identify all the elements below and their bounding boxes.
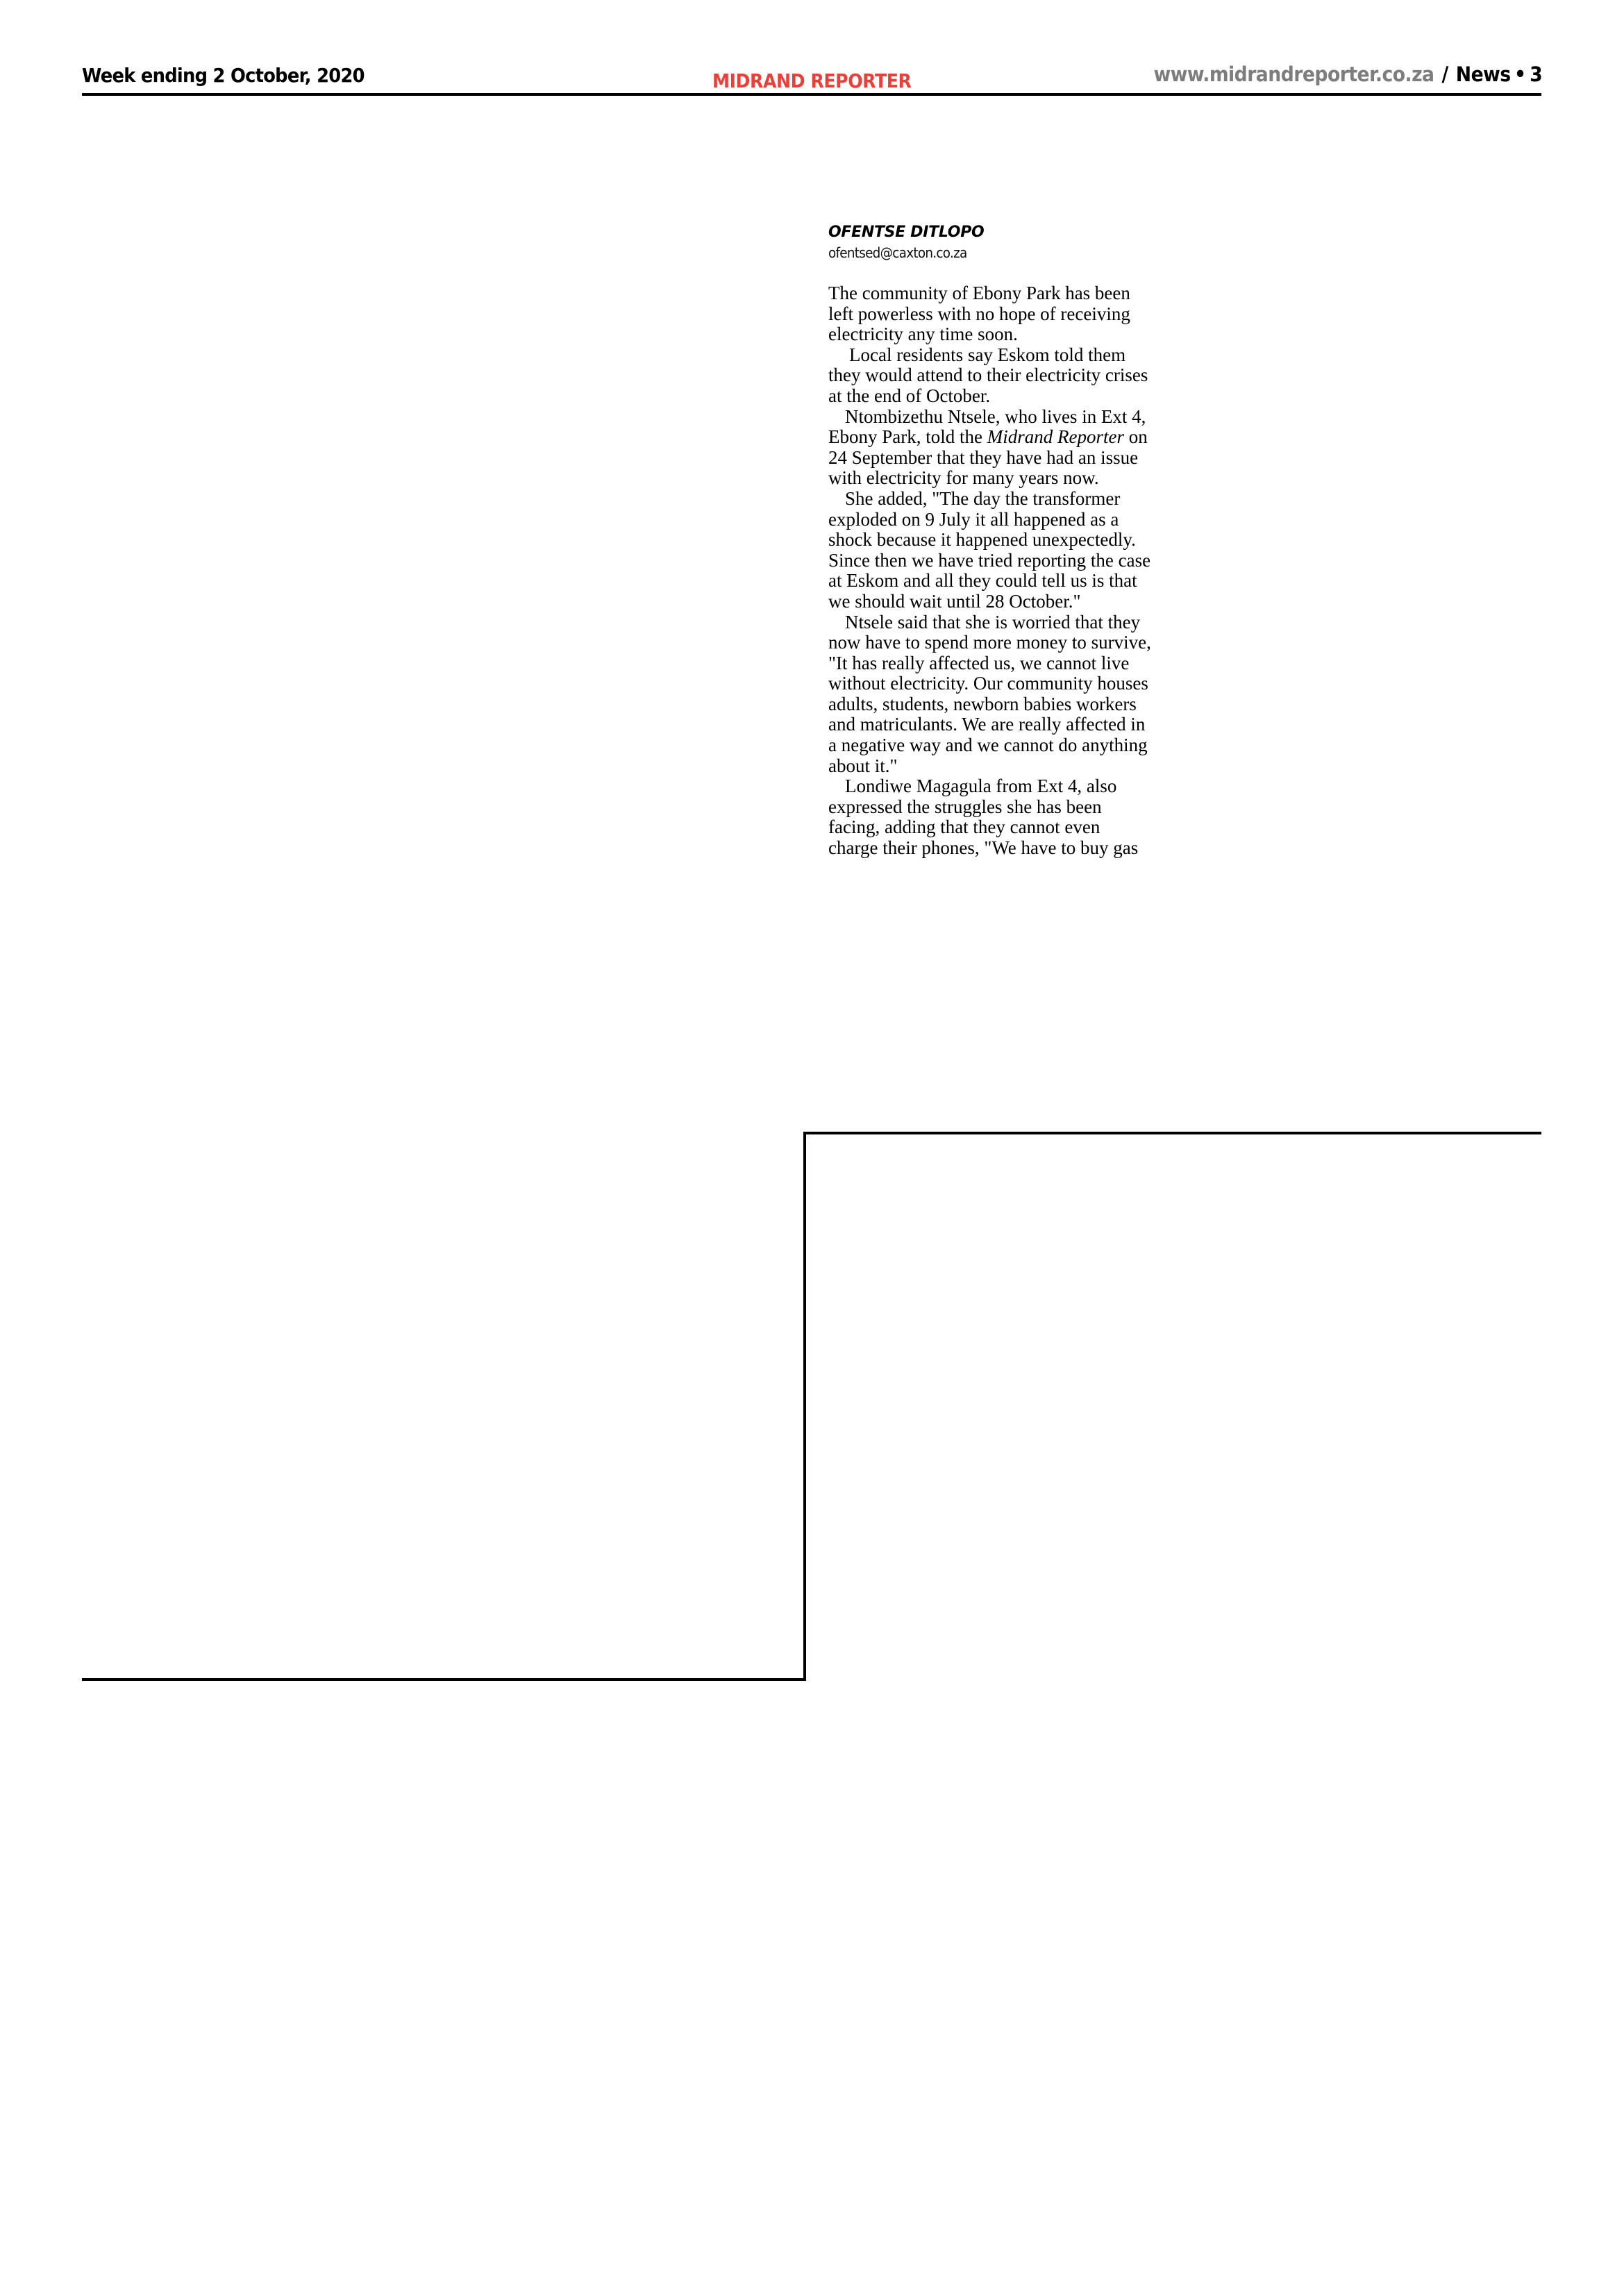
article-line: 24 September that they have had an issue bbox=[828, 448, 1189, 469]
article-line: Ntsele said that she is worried that the… bbox=[828, 612, 1189, 633]
article-line: now have to spend more money to survive, bbox=[828, 632, 1189, 653]
article-line: with electricity for many years now. bbox=[828, 468, 1189, 489]
article-line: adults, students, newborn babies workers bbox=[828, 694, 1189, 715]
article-line: Ntombizethu Ntsele, who lives in Ext 4, bbox=[828, 407, 1189, 428]
article-line: shock because it happened unexpectedly. bbox=[828, 530, 1189, 551]
publication-name: Midrand Reporter bbox=[987, 426, 1124, 447]
article-line: and matriculants. We are really affected… bbox=[828, 714, 1189, 735]
article-line: expressed the struggles she has been bbox=[828, 797, 1189, 818]
article-line: facing, adding that they cannot even bbox=[828, 817, 1189, 838]
article-line: a negative way and we cannot do anything bbox=[828, 735, 1189, 756]
article-line: at the end of October. bbox=[828, 386, 1189, 407]
frame-bottom-rule bbox=[82, 1678, 806, 1681]
article-line: exploded on 9 July it all happened as a bbox=[828, 510, 1189, 530]
article-line: without electricity. Our community house… bbox=[828, 673, 1189, 694]
newspaper-page: Week ending 2 October, 2020 MIDRAND REPO… bbox=[0, 0, 1624, 2296]
byline-email: ofentsed@caxton.co.za bbox=[828, 244, 967, 261]
article-line: Local residents say Eskom told them bbox=[828, 345, 1189, 366]
article-line: The community of Ebony Park has been bbox=[828, 283, 1189, 304]
article-line: they would attend to their electricity c… bbox=[828, 365, 1189, 386]
section-label: News bbox=[1456, 62, 1511, 86]
article-line: about it." bbox=[828, 756, 1189, 777]
website-url: www.midrandreporter.co.za bbox=[1154, 62, 1434, 86]
frame-top-rule bbox=[803, 1132, 1541, 1134]
article-line: left powerless with no hope of receiving bbox=[828, 304, 1189, 325]
article-text: Ebony Park, told the bbox=[828, 426, 987, 447]
header-rule bbox=[82, 93, 1541, 96]
article-line: charge their phones, "We have to buy gas bbox=[828, 838, 1189, 859]
byline-author: OFENTSE DITLOPO bbox=[828, 224, 984, 241]
page-number: 3 bbox=[1530, 62, 1542, 86]
issue-date: Week ending 2 October, 2020 bbox=[82, 64, 365, 87]
article-line: electricity any time soon. bbox=[828, 324, 1189, 345]
bullet-icon: • bbox=[1514, 62, 1526, 86]
article-line: "It has really affected us, we cannot li… bbox=[828, 653, 1189, 674]
masthead: MIDRAND REPORTER bbox=[712, 69, 911, 92]
article-line: we should wait until 28 October." bbox=[828, 592, 1189, 612]
article-line: Since then we have tried reporting the c… bbox=[828, 551, 1189, 571]
article-line: She added, "The day the transformer bbox=[828, 489, 1189, 510]
article-text: on bbox=[1124, 426, 1148, 447]
header-separator: / bbox=[1441, 62, 1448, 86]
header-right: www.midrandreporter.co.za / News • 3 bbox=[1154, 62, 1542, 86]
article-body: The community of Ebony Park has been lef… bbox=[828, 283, 1189, 859]
article-line: Londiwe Magagula from Ext 4, also bbox=[828, 776, 1189, 797]
frame-vertical-rule bbox=[803, 1132, 806, 1681]
article-line: at Eskom and all they could tell us is t… bbox=[828, 571, 1189, 592]
article-line: Ebony Park, told the Midrand Reporter on bbox=[828, 427, 1189, 448]
